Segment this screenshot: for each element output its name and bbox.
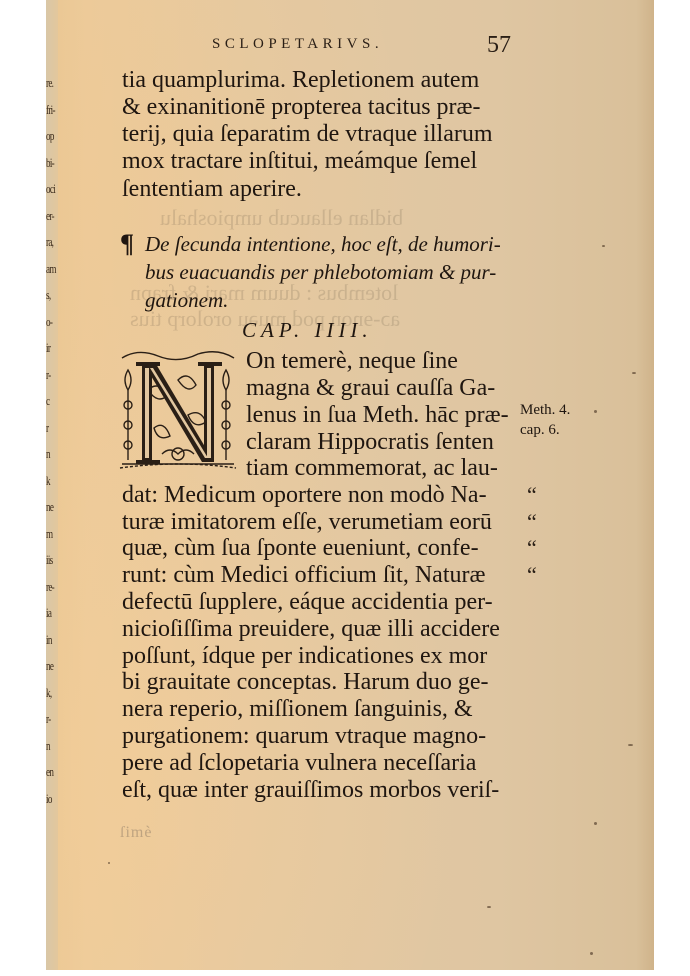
text-line: pere ad ſclopetaria vulnera neceſſaria [122,750,476,777]
text-line: runt: cùm Medici officium ſit, Naturæ [122,562,486,589]
fragment: oci [46,176,56,203]
fragment: io [46,786,56,813]
text-line: eſt, quæ inter grauiſſimos morbos veriſ- [122,777,499,804]
text-line: quæ, cùm ſua ſponte eueniunt, confe- [122,535,479,562]
fragment: k [46,468,56,495]
text-line: lenus in ſua Meth. hāc præ- [246,402,509,429]
text-line: bi grauitate conceptas. Harum duo ge- [122,669,489,696]
fragment: o- [46,309,56,336]
text-line: & exinanitionē propterea tacitus præ- [122,94,481,121]
paper-speck [594,410,597,413]
fragment: n [46,733,56,760]
paper-speck [487,906,491,908]
heading-line: bus euacuandis per phlebotomiam & pur- [145,260,496,285]
fragment: ra, [46,229,56,256]
text-line: purgationem: quarum vtraque magno- [122,723,486,750]
text-line: claram Hippocratis ſenten [246,429,494,456]
text-line: nicioſiſſima preuidere, quæ illi accider… [122,616,500,643]
ghost-catchword: ſimè [120,824,152,842]
text-line: nera reperio, miſſionem ſanguinis, & [122,696,473,723]
margin-citation: Meth. 4. [520,402,570,419]
facing-page-fragments: re. fri- op bi- oci er- ra, am s, o- ir … [46,70,60,812]
text-line: ſententiam aperire. [122,176,302,203]
fragment: r [46,415,56,442]
fragment: r- [46,362,56,389]
paper-speck [594,822,597,825]
fragment: en [46,759,56,786]
quote-mark-icon: “ [527,562,537,588]
fragment: m [46,521,56,548]
text-line: tia quamplurima. Repletionem autem [122,67,479,94]
fragment: iis [46,547,56,574]
paper-speck [628,744,633,746]
text-line: poſſunt, ídque per indicationes ex mor [122,643,487,670]
page-number: 57 [487,32,511,59]
ornamental-initial-n-icon [118,350,238,472]
text-line: tiam commemorat, ac lau- [246,455,498,482]
fragment: in [46,627,56,654]
fragment: re- [46,574,56,601]
paper-speck [108,862,110,864]
heading-line: gationem. [145,288,228,313]
text-line: terij, quia ſeparatim de vtraque illarum [122,121,493,148]
fragment: re. [46,70,56,97]
quote-mark-icon: “ [527,509,537,535]
text-line: mox tractare inſtitui, meámque ſemel [122,148,477,175]
margin-citation: cap. 6. [520,422,560,439]
fragment: ia [46,600,56,627]
text-line: On temerè, neque ſine [246,348,458,375]
fragment: r- [46,706,56,733]
paper-speck [590,952,593,955]
paper-speck [632,372,636,374]
fragment: bi- [46,150,56,177]
paper-speck [602,245,605,247]
fragment: ne [46,494,56,521]
heading-line: De ſecunda intentione, hoc eſt, de humor… [145,232,501,257]
showthrough-text: bidlan ellaucub umpioshalu [160,205,403,231]
fragment: s, [46,282,56,309]
pilcrow-icon: ¶ [120,229,134,259]
chapter-heading: CAP. IIII. [242,318,373,343]
text-line: defectū ſupplere, eáque accidentia per- [122,589,493,616]
fragment: op [46,123,56,150]
text-line: turæ imitatorem eſſe, verumetiam eorū [122,509,492,536]
fragment: ir [46,335,56,362]
text-line: magna & graui cauſſa Ga- [246,375,495,402]
running-head: SCLOPETARIVS. [212,36,383,53]
fragment: n [46,441,56,468]
fragment: er- [46,203,56,230]
quote-mark-icon: “ [527,482,537,508]
fragment: k, [46,680,56,707]
fragment: am [46,256,56,283]
fragment: fri- [46,97,56,124]
fragment: c [46,388,56,415]
fragment: ne [46,653,56,680]
text-line: dat: Medicum oportere non modò Na- [122,482,487,509]
quote-mark-icon: “ [527,535,537,561]
